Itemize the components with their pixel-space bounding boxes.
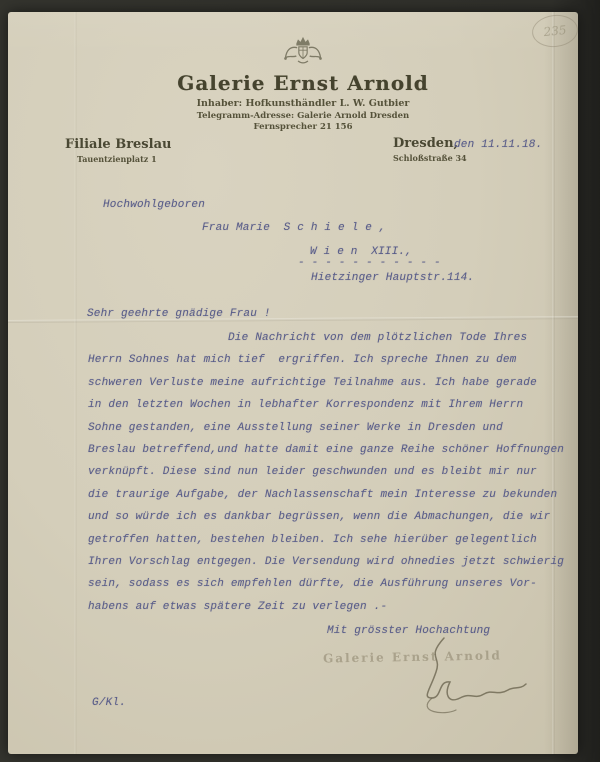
letter-body-line: getroffen hatten, bestehen bleiben. Ich … — [88, 529, 570, 551]
letter-body-line: Sohne gestanden, eine Ausstellung seiner… — [88, 417, 570, 439]
recipient-name: Frau Marie S c h i e l e , — [202, 221, 386, 235]
letter-body-line: verknüpft. Diese sind nun leider geschwu… — [88, 461, 570, 483]
city-printed: Dresden, — [393, 136, 458, 151]
letter-body-line: Herrn Sohnes hat mich tief ergriffen. Ic… — [88, 349, 570, 371]
salutation: Sehr geehrte gnädige Frau ! — [87, 307, 271, 321]
letter-body-line: Die Nachricht von dem plötzlichen Tode I… — [88, 327, 570, 349]
typed-date: den 11.11.18. — [454, 138, 542, 152]
recipient-honorific: Hochwohlgeboren — [103, 198, 205, 212]
branch-name: Filiale Breslau — [65, 137, 171, 152]
letter-body-line: habens auf etwas spätere Zeit zu verlege… — [88, 596, 570, 618]
proprietor-line: Inhaber: Hofkunsthändler L. W. Gutbier — [28, 98, 578, 109]
branch-street: Tauentzienplatz 1 — [77, 154, 157, 164]
recipient-city-underline: - - - - - - - - - - - — [298, 256, 441, 270]
gallery-name: Galerie Ernst Arnold — [28, 71, 578, 95]
handwritten-signature — [386, 632, 531, 722]
letter-body-line: Ihren Vorschlag entgegen. Die Versendung… — [88, 551, 570, 573]
phone-line: Fernsprecher 21 156 — [28, 122, 578, 132]
letter-body-line: schweren Verluste meine aufrichtige Teil… — [88, 372, 570, 394]
letter-body: Die Nachricht von dem plötzlichen Tode I… — [88, 327, 570, 618]
letter-body-line: in den letzten Wochen in lebhafter Korre… — [88, 394, 570, 416]
letter-body-line: Breslau betreffend,und hatte damit eine … — [88, 439, 570, 461]
scanned-letter-page: 235 Galerie Ernst Arnold Inhaber: Hofkun… — [0, 0, 600, 762]
recipient-street: Hietzinger Hauptstr.114. — [311, 271, 474, 285]
letter-body-line: und so würde ich es dankbar begrüssen, w… — [88, 506, 570, 528]
street-printed: Schloßstraße 34 — [393, 153, 467, 163]
reference-initials: G/Kl. — [92, 696, 126, 710]
letter-body-line: die traurige Aufgabe, der Nachlassenscha… — [88, 484, 570, 506]
letterhead: Galerie Ernst Arnold Inhaber: Hofkunsthä… — [28, 36, 578, 132]
letter-body-line: sein, sodass es sich empfehlen dürfte, d… — [88, 573, 570, 595]
telegram-line: Telegramm-Adresse: Galerie Arnold Dresde… — [28, 111, 578, 121]
coat-of-arms-icon — [273, 36, 333, 66]
letter-paper: 235 Galerie Ernst Arnold Inhaber: Hofkun… — [8, 12, 578, 754]
